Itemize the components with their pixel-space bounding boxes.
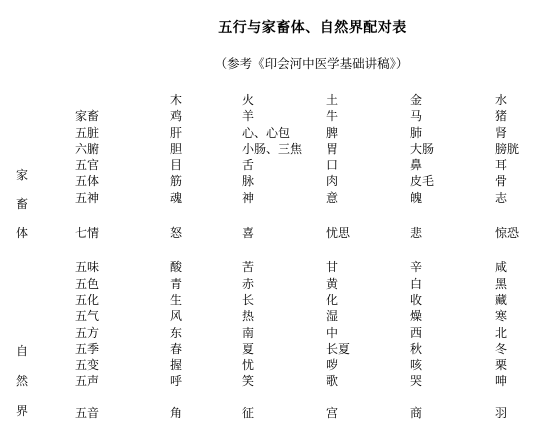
table-row: 七情 怒 喜 忧思 悲 惊恐 [0, 225, 553, 241]
table-cell: 角 [170, 405, 242, 421]
row-label: 五神 [75, 190, 170, 206]
row-label: 五气 [75, 308, 170, 324]
table-cell: 忧 [242, 357, 326, 373]
table-cell: 膀胱 [495, 141, 553, 157]
table-cell: 舌 [242, 157, 326, 173]
row-label: 七情 [75, 225, 170, 241]
section-spacer [0, 206, 553, 225]
column-header: 木 [170, 92, 242, 108]
table-row: 五方 东 南 中 西 北 [0, 325, 553, 341]
table-cell: 小肠、三焦 [242, 141, 326, 157]
table-cell: 脉 [242, 173, 326, 189]
table-cell: 青 [170, 276, 242, 292]
table-cell: 征 [242, 405, 326, 421]
table-cell: 西 [410, 325, 495, 341]
table-cell: 惊恐 [495, 225, 553, 241]
table-cell: 咸 [495, 259, 553, 275]
table-row: 五变 握 忧 哕 咳 栗 [0, 357, 553, 373]
row-label: 五声 [75, 373, 170, 389]
table-cell: 耳 [495, 157, 553, 173]
row-label: 五味 [75, 259, 170, 275]
table-cell: 冬 [495, 341, 553, 357]
column-header: 水 [495, 92, 553, 108]
table-cell: 赤 [242, 276, 326, 292]
table-cell: 肾 [495, 125, 553, 141]
row-label [75, 92, 170, 108]
table-cell: 胃 [326, 141, 410, 157]
table-cell: 白 [410, 276, 495, 292]
table-cell: 马 [410, 108, 495, 124]
section-spacer [0, 241, 553, 259]
table-cell: 脾 [326, 125, 410, 141]
row-label: 五官 [75, 157, 170, 173]
table-row: 五体 筋 脉 肉 皮毛 骨 [0, 173, 553, 189]
column-header: 土 [326, 92, 410, 108]
row-label: 五化 [75, 292, 170, 308]
table-row: 五脏 肝 心、心包 脾 肺 肾 [0, 125, 553, 141]
row-label: 六腑 [75, 141, 170, 157]
table-row: 五气 风 热 湿 燥 寒 [0, 308, 553, 324]
table-cell: 湿 [326, 308, 410, 324]
row-label: 五季 [75, 341, 170, 357]
table-cell: 化 [326, 292, 410, 308]
table-cell: 皮毛 [410, 173, 495, 189]
table-row: 五色 青 赤 黄 白 黑 [0, 276, 553, 292]
table-cell: 热 [242, 308, 326, 324]
table-row: 五季 春 夏 长夏 秋 冬 [0, 341, 553, 357]
table-row: 家畜 鸡 羊 牛 马 猪 [0, 108, 553, 124]
table-cell: 目 [170, 157, 242, 173]
table-cell: 甘 [326, 259, 410, 275]
table-cell: 大肠 [410, 141, 495, 157]
table-cell: 藏 [495, 292, 553, 308]
table-row: 五官 目 舌 口 鼻 耳 [0, 157, 553, 173]
table-cell: 寒 [495, 308, 553, 324]
row-label: 五变 [75, 357, 170, 373]
page-title: 五行与家畜体、自然界配对表 [0, 17, 553, 37]
table-cell: 风 [170, 308, 242, 324]
table-cell: 长夏 [326, 341, 410, 357]
table-cell: 长 [242, 292, 326, 308]
table-cell: 南 [242, 325, 326, 341]
table-row: 五声 呼 笑 歌 哭 呻 [0, 373, 553, 389]
table-cell: 肺 [410, 125, 495, 141]
table-cell: 夏 [242, 341, 326, 357]
table-cell: 酸 [170, 259, 242, 275]
table-cell: 北 [495, 325, 553, 341]
table-cell: 收 [410, 292, 495, 308]
table-cell: 呻 [495, 373, 553, 389]
table-cell: 意 [326, 190, 410, 206]
table-cell: 羊 [242, 108, 326, 124]
table-cell: 握 [170, 357, 242, 373]
table-cell: 志 [495, 190, 553, 206]
table-cell: 苦 [242, 259, 326, 275]
column-header: 火 [242, 92, 326, 108]
table-cell: 魂 [170, 190, 242, 206]
row-label: 五音 [75, 405, 170, 421]
table-cell: 笑 [242, 373, 326, 389]
table-cell: 商 [410, 405, 495, 421]
row-label: 五脏 [75, 125, 170, 141]
table-cell: 栗 [495, 357, 553, 373]
table-cell: 心、心包 [242, 125, 326, 141]
table-cell: 黄 [326, 276, 410, 292]
row-label: 五方 [75, 325, 170, 341]
table-cell: 忧思 [326, 225, 410, 241]
table-cell: 哭 [410, 373, 495, 389]
table-cell: 生 [170, 292, 242, 308]
table-cell: 咳 [410, 357, 495, 373]
column-header: 金 [410, 92, 495, 108]
table-cell: 呼 [170, 373, 242, 389]
table-cell: 猪 [495, 108, 553, 124]
table-cell: 春 [170, 341, 242, 357]
page-subtitle: （参考《印会河中医学基础讲稿》） [0, 54, 553, 72]
table-row: 五化 生 长 化 收 藏 [0, 292, 553, 308]
table-row: 五音 角 征 宫 商 羽 [0, 405, 553, 421]
row-label: 五体 [75, 173, 170, 189]
table-cell: 辛 [410, 259, 495, 275]
table-cell: 神 [242, 190, 326, 206]
table-cell: 鸡 [170, 108, 242, 124]
table-cell: 悲 [410, 225, 495, 241]
table-cell: 肝 [170, 125, 242, 141]
document-page: 五行与家畜体、自然界配对表 （参考《印会河中医学基础讲稿》） 家 畜 体 自 然… [0, 0, 553, 438]
table-cell: 黑 [495, 276, 553, 292]
table-cell: 羽 [495, 405, 553, 421]
table-row: 五神 魂 神 意 魄 志 [0, 190, 553, 206]
table-cell: 肉 [326, 173, 410, 189]
table-cell: 胆 [170, 141, 242, 157]
table-cell: 燥 [410, 308, 495, 324]
row-label: 五色 [75, 276, 170, 292]
table-cell: 鼻 [410, 157, 495, 173]
table-cell: 魄 [410, 190, 495, 206]
table-cell: 怒 [170, 225, 242, 241]
correspondence-table: 木 火 土 金 水 家畜 鸡 羊 牛 马 猪 五脏 肝 心、心包 脾 肺 肾 六… [0, 92, 553, 421]
table-cell: 筋 [170, 173, 242, 189]
table-cell: 中 [326, 325, 410, 341]
table-cell: 口 [326, 157, 410, 173]
table-cell: 秋 [410, 341, 495, 357]
table-row: 六腑 胆 小肠、三焦 胃 大肠 膀胱 [0, 141, 553, 157]
row-label: 家畜 [75, 108, 170, 124]
table-cell: 宫 [326, 405, 410, 421]
table-cell: 哕 [326, 357, 410, 373]
section-spacer [0, 390, 553, 405]
table-cell: 歌 [326, 373, 410, 389]
table-header-row: 木 火 土 金 水 [0, 92, 553, 108]
table-cell: 喜 [242, 225, 326, 241]
table-row: 五味 酸 苦 甘 辛 咸 [0, 259, 553, 275]
table-cell: 牛 [326, 108, 410, 124]
table-cell: 东 [170, 325, 242, 341]
table-cell: 骨 [495, 173, 553, 189]
